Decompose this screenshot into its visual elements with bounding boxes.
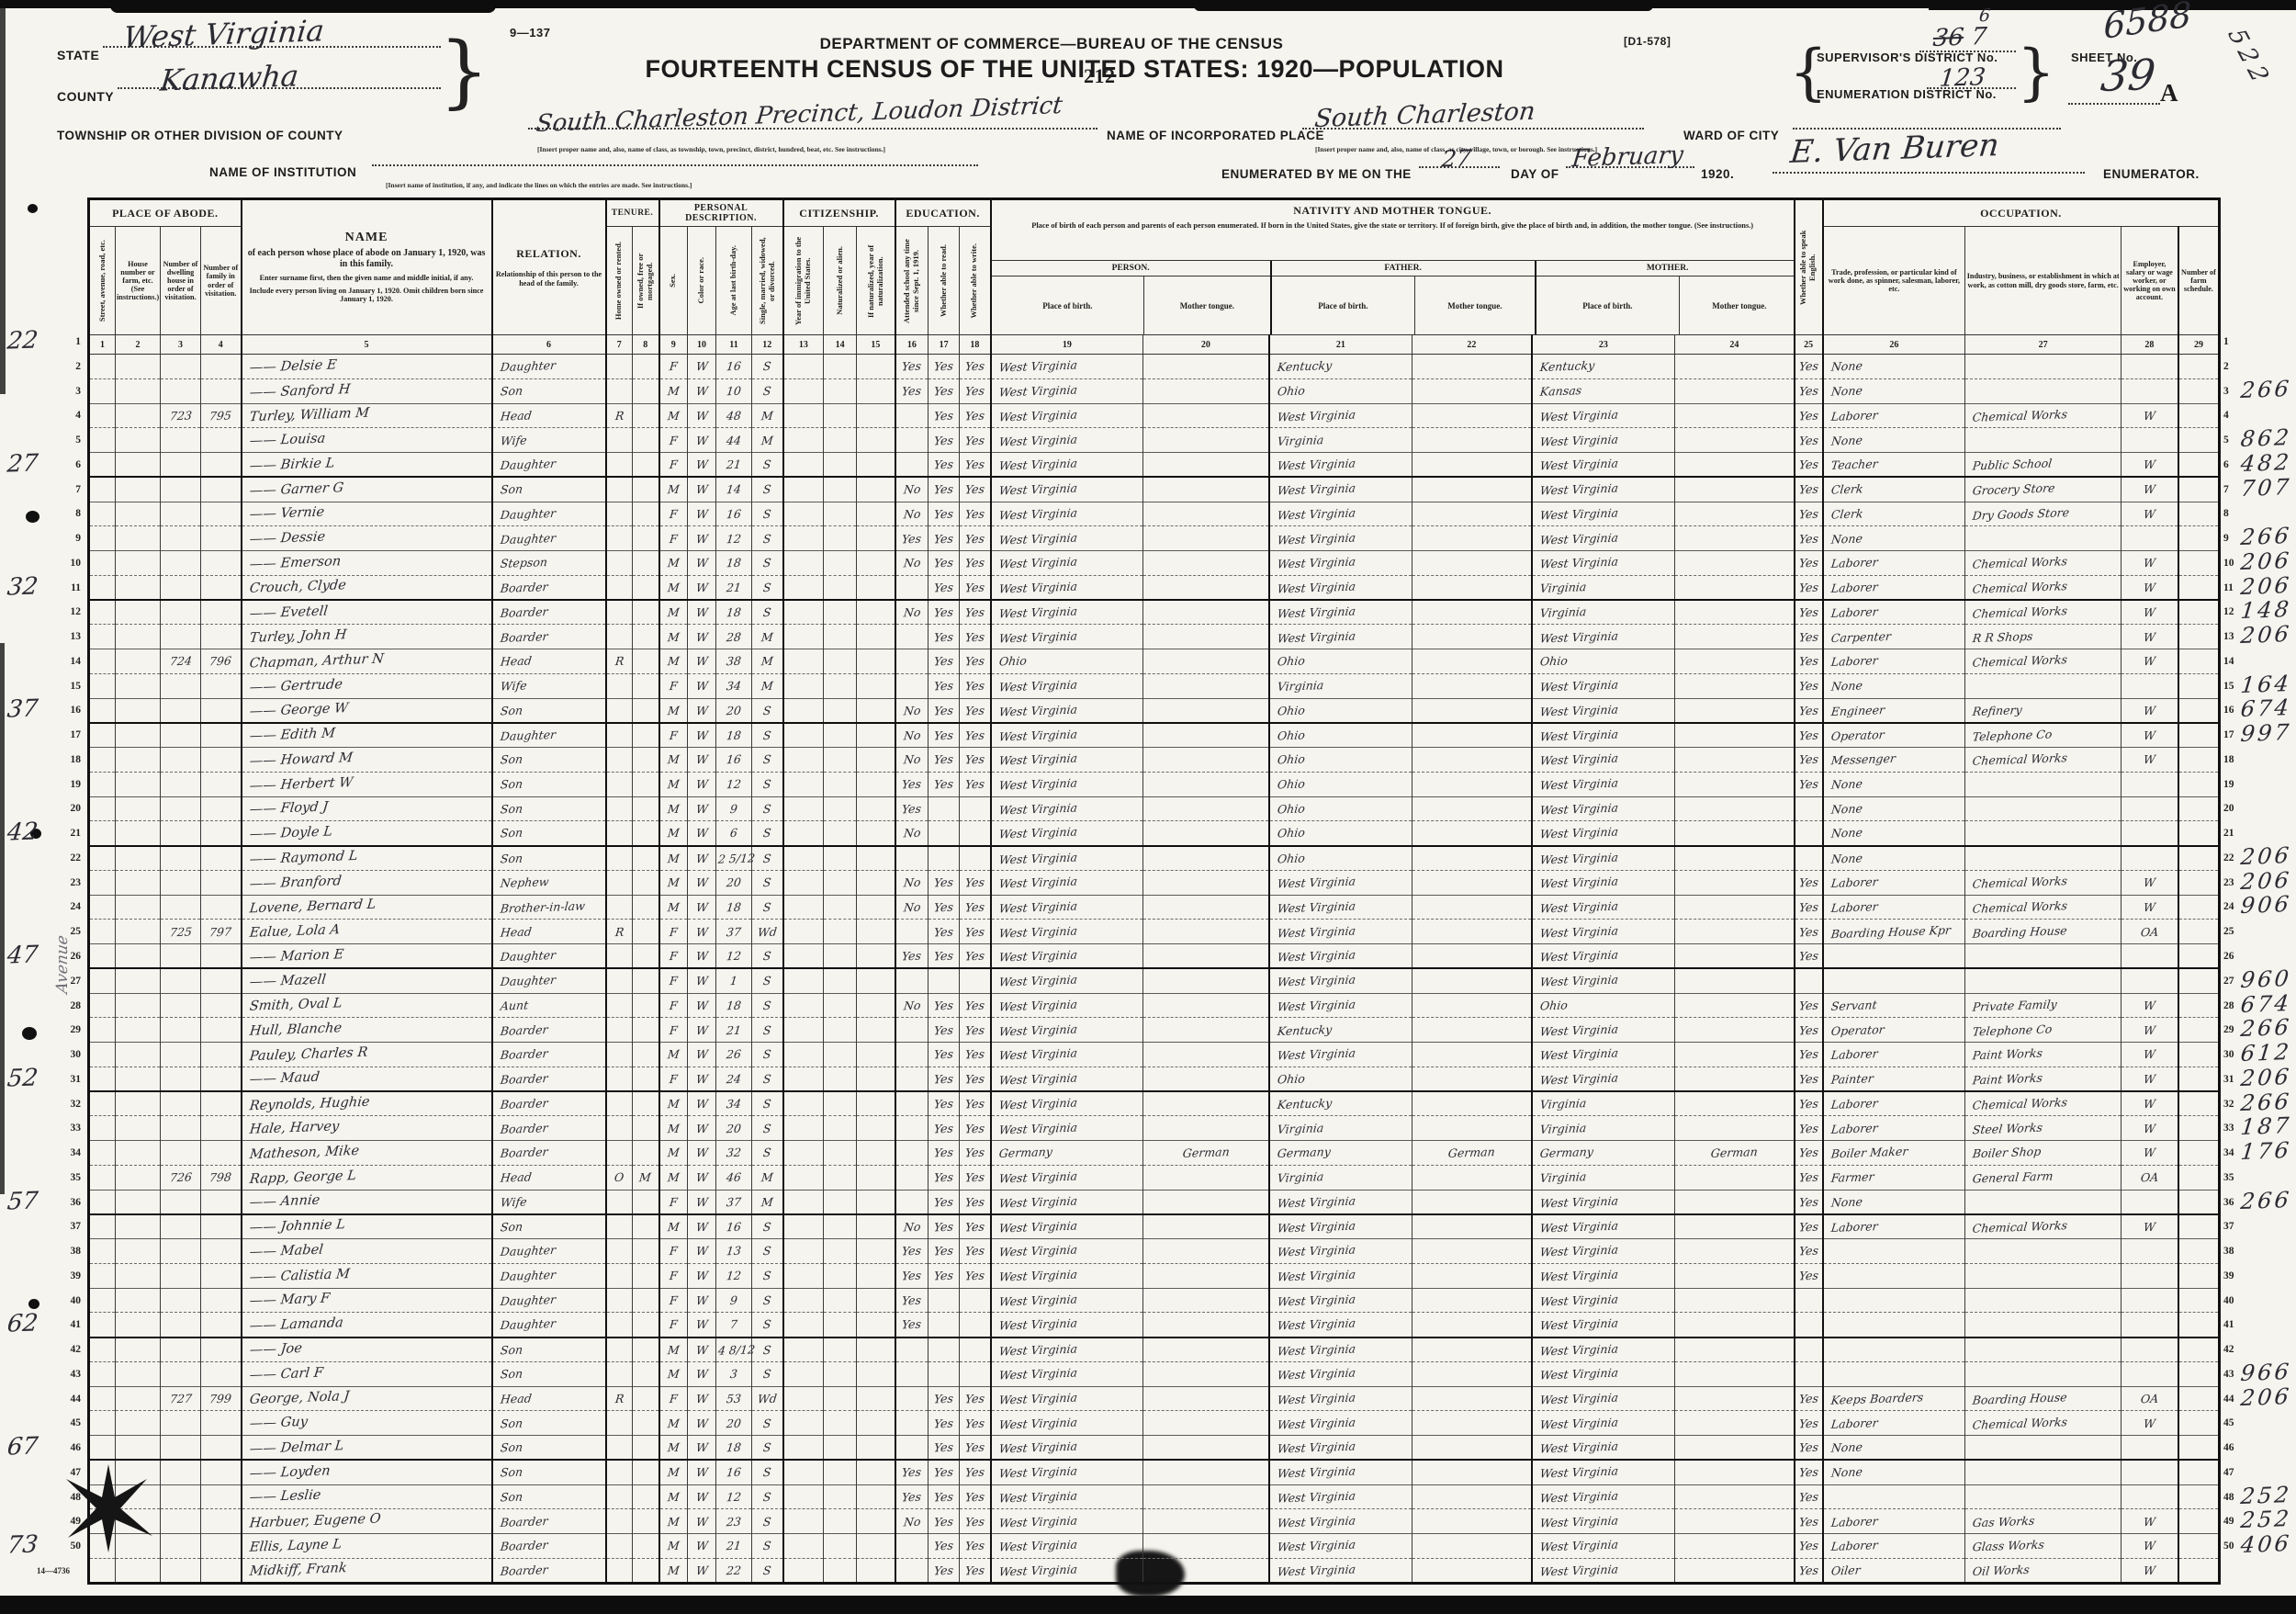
cell-naturalized [824, 1141, 857, 1166]
cell-name: —— Johnnie L [242, 1214, 492, 1239]
cell-industry: Chemical Works [1965, 748, 2122, 773]
cell-marital: S [752, 944, 783, 969]
line-number-left: 32 [50, 1099, 81, 1110]
township-label: TOWNSHIP OR OTHER DIVISION OF COUNTY [57, 129, 343, 142]
cell-tongue_father [1412, 625, 1532, 649]
cell-dwelling [161, 551, 201, 576]
cell-tongue_mother [1675, 1337, 1795, 1362]
cell-immigration [783, 625, 824, 649]
cell-tongue_mother [1675, 968, 1795, 993]
cell-sex: F [659, 1067, 688, 1091]
cell-owned [606, 625, 633, 649]
cell-street [89, 821, 116, 846]
table-row: —— Calistia MDaughterFW12SYesYesYesWest … [89, 1263, 2220, 1288]
cell-immigration [783, 821, 824, 846]
cell-trade: None [1823, 526, 1965, 551]
cell-house [116, 846, 161, 871]
cell-mortgaged [633, 453, 659, 478]
cell-pob: West Virginia [991, 453, 1143, 478]
cell-pob: West Virginia [991, 1067, 1143, 1091]
cell-sex: M [659, 748, 688, 773]
cell-industry: Chemical Works [1965, 575, 2122, 600]
cell-read: Yes [929, 575, 960, 600]
cell-immigration [783, 378, 824, 403]
cell-write [960, 968, 991, 993]
cell-nat_year [857, 1190, 895, 1214]
cell-school [895, 1558, 929, 1583]
cell-school [895, 1386, 929, 1411]
cell-color: W [688, 477, 716, 502]
cell-naturalized [824, 1313, 857, 1337]
cell-naturalized [824, 428, 857, 453]
cell-age: 37 [716, 920, 752, 944]
cell-industry [1965, 1484, 2122, 1509]
cell-owned [606, 748, 633, 773]
cell-street [89, 625, 116, 649]
census-sheet-scan: STATE West Virginia COUNTY Kanawha } 9—1… [0, 0, 2296, 1614]
cell-street [89, 796, 116, 821]
cell-relation: Brother-in-law [492, 895, 606, 920]
cell-house [116, 870, 161, 895]
cell-school: No [895, 993, 929, 1018]
cell-color: W [688, 453, 716, 478]
cell-tongue_father [1412, 1239, 1532, 1264]
cell-owned [606, 1313, 633, 1337]
table-row: —— VernieDaughterFW16SNoYesYesWest Virgi… [89, 502, 2220, 526]
cell-trade: Carpenter [1823, 625, 1965, 649]
cell-naturalized [824, 673, 857, 698]
cell-marital: S [752, 1018, 783, 1043]
header-employer: Employer, salary or wage worker, or work… [2122, 227, 2178, 335]
cell-age: 12 [716, 944, 752, 969]
table-row: —— DessieDaughterFW12SYesYesYesWest Virg… [89, 526, 2220, 551]
cell-naturalized [824, 355, 857, 379]
cell-family [201, 796, 242, 821]
right-margin-figure: 252 [2239, 1482, 2292, 1509]
cell-english: Yes [1795, 698, 1823, 723]
cell-immigration [783, 477, 824, 502]
cell-english: Yes [1795, 993, 1823, 1018]
cell-employer [2122, 1484, 2178, 1509]
cell-mortgaged [633, 748, 659, 773]
cell-owned: R [606, 920, 633, 944]
line-number-left: 9 [50, 533, 81, 544]
cell-mortgaged [633, 649, 659, 674]
table-row: —— LouisaWifeFW44MYesYesWest VirginiaVir… [89, 428, 2220, 453]
cell-sex: M [659, 1214, 688, 1239]
cell-mortgaged [633, 895, 659, 920]
cell-read: Yes [929, 993, 960, 1018]
cell-color: W [688, 1214, 716, 1239]
cell-write [960, 1361, 991, 1386]
cell-read: Yes [929, 551, 960, 576]
enumeration-month-handwritten: February [1570, 141, 1684, 173]
cell-english: Yes [1795, 600, 1823, 625]
cell-house [116, 1165, 161, 1190]
cell-age: 14 [716, 477, 752, 502]
cell-marital: S [752, 870, 783, 895]
header-house-number: House number or farm, etc. (See instruct… [116, 227, 161, 335]
line-number-left: 39 [50, 1270, 81, 1281]
cell-pob_father: Kentucky [1269, 355, 1412, 379]
cell-name: —— Evetell [242, 600, 492, 625]
cell-employer: W [2122, 870, 2178, 895]
cell-nat_year [857, 1165, 895, 1190]
cell-nat_year [857, 378, 895, 403]
cell-street [89, 1263, 116, 1288]
cell-dwelling [161, 821, 201, 846]
header-naturalization-year: If naturalized, year of naturalization. [857, 227, 895, 335]
cell-nat_year [857, 600, 895, 625]
cell-mortgaged [633, 920, 659, 944]
cell-employer [2122, 1436, 2178, 1461]
cell-write: Yes [960, 1460, 991, 1484]
cell-age: 3 [716, 1361, 752, 1386]
cell-pob_mother: West Virginia [1532, 477, 1675, 502]
cell-immigration [783, 968, 824, 993]
cell-relation: Daughter [492, 355, 606, 379]
cell-tongue_mother [1675, 895, 1795, 920]
cell-street [89, 477, 116, 502]
cell-naturalized [824, 1288, 857, 1313]
cell-name: —— Marion E [242, 944, 492, 969]
cell-sex: M [659, 1091, 688, 1116]
cell-pob_father: West Virginia [1269, 575, 1412, 600]
cell-industry: Chemical Works [1965, 600, 2122, 625]
cell-street [89, 846, 116, 871]
cell-mortgaged [633, 551, 659, 576]
header-family-number: Number of family in order of visitation. [201, 227, 242, 335]
cell-family: 797 [201, 920, 242, 944]
cell-color: W [688, 575, 716, 600]
cell-sex: M [659, 1558, 688, 1583]
cell-employer: OA [2122, 1165, 2178, 1190]
column-number: 6 [492, 335, 606, 355]
cell-sex: M [659, 378, 688, 403]
cell-tongue [1143, 968, 1269, 993]
cell-nat_year [857, 1239, 895, 1264]
cell-family [201, 477, 242, 502]
cell-farm [2178, 920, 2220, 944]
table-row: —— LeslieSonMW12SYesYesYesWest VirginiaW… [89, 1484, 2220, 1509]
cell-family [201, 1091, 242, 1116]
cell-farm [2178, 1288, 2220, 1313]
cell-pob: West Virginia [991, 944, 1143, 969]
cell-write: Yes [960, 920, 991, 944]
cell-english: Yes [1795, 625, 1823, 649]
cell-farm [2178, 1484, 2220, 1509]
cell-school: No [895, 1509, 929, 1534]
cell-english: Yes [1795, 1386, 1823, 1411]
cell-dwelling: 724 [161, 649, 201, 674]
cell-write: Yes [960, 723, 991, 748]
cell-write: Yes [960, 355, 991, 379]
cell-tongue: German [1143, 1141, 1269, 1166]
cell-employer: W [2122, 477, 2178, 502]
cell-farm [2178, 403, 2220, 428]
cell-owned [606, 968, 633, 993]
right-margin-figure: 612 [2239, 1039, 2292, 1067]
cell-naturalized [824, 1043, 857, 1067]
table-row: —— MabelDaughterFW13SYesYesYesWest Virgi… [89, 1239, 2220, 1264]
cell-sex: F [659, 1263, 688, 1288]
cell-tongue_mother [1675, 1190, 1795, 1214]
cell-house [116, 1141, 161, 1166]
cell-color: W [688, 1263, 716, 1288]
cell-tongue_mother [1675, 1263, 1795, 1288]
cell-nat_year [857, 698, 895, 723]
cell-dwelling: 726 [161, 1165, 201, 1190]
cell-color: W [688, 1509, 716, 1534]
cell-farm [2178, 1386, 2220, 1411]
cell-naturalized [824, 944, 857, 969]
cell-read [929, 796, 960, 821]
cell-farm [2178, 870, 2220, 895]
cell-naturalized [824, 600, 857, 625]
cell-name: —— Herbert W [242, 772, 492, 796]
cell-tongue_mother [1675, 649, 1795, 674]
cell-write [960, 1288, 991, 1313]
cell-tongue_mother [1675, 821, 1795, 846]
cell-industry: Chemical Works [1965, 1214, 2122, 1239]
cell-relation: Son [492, 1214, 606, 1239]
cell-employer [2122, 1337, 2178, 1362]
cell-sex: M [659, 870, 688, 895]
line-number-right: 20 [2223, 803, 2247, 814]
cell-tongue [1143, 428, 1269, 453]
cell-tongue_mother [1675, 575, 1795, 600]
cell-street [89, 673, 116, 698]
cell-tongue [1143, 1165, 1269, 1190]
cell-employer [2122, 968, 2178, 993]
cell-pob_father: West Virginia [1269, 1288, 1412, 1313]
cell-tongue_mother [1675, 1313, 1795, 1337]
cell-family [201, 1534, 242, 1559]
cell-sex: M [659, 649, 688, 674]
cell-pob_mother: West Virginia [1532, 428, 1675, 453]
cell-farm [2178, 1534, 2220, 1559]
cell-marital: M [752, 1165, 783, 1190]
right-margin-figure: 206 [2239, 572, 2292, 600]
cell-house [116, 1043, 161, 1067]
cell-employer: W [2122, 1558, 2178, 1583]
cell-industry [1965, 526, 2122, 551]
column-number: 21 [1269, 335, 1412, 355]
cell-tongue [1143, 1239, 1269, 1264]
line-number-right: 45 [2223, 1417, 2247, 1428]
supervisor-district-label: SUPERVISOR'S DISTRICT No. [1817, 51, 1998, 64]
cell-english: Yes [1795, 1141, 1823, 1166]
cell-write [960, 1337, 991, 1362]
cell-pob_mother: West Virginia [1532, 1239, 1675, 1264]
cell-house [116, 502, 161, 526]
header-speaks-english: Whether able to speak English. [1795, 199, 1823, 335]
cell-mortgaged [633, 378, 659, 403]
cell-naturalized [824, 1509, 857, 1534]
cell-trade: None [1823, 673, 1965, 698]
table-row: Smith, Oval LAuntFW18SNoYesYesWest Virgi… [89, 993, 2220, 1018]
cell-family [201, 575, 242, 600]
line-number-left: 29 [50, 1024, 81, 1035]
line-number-right: 19 [2223, 779, 2247, 790]
institution-label: NAME OF INSTITUTION [209, 165, 356, 179]
cell-marital: S [752, 1067, 783, 1091]
table-row: —— MazellDaughterFW1SWest VirginiaWest V… [89, 968, 2220, 993]
cell-pob: West Virginia [991, 920, 1143, 944]
cell-read: Yes [929, 1067, 960, 1091]
cell-pob_mother: West Virginia [1532, 796, 1675, 821]
cell-tongue [1143, 502, 1269, 526]
cell-color: W [688, 1141, 716, 1166]
left-margin-figure: 67 [6, 1433, 39, 1462]
cell-pob: West Virginia [991, 1460, 1143, 1484]
cell-trade: None [1823, 428, 1965, 453]
cell-mortgaged [633, 575, 659, 600]
cell-house [116, 526, 161, 551]
line-number-left: 12 [50, 606, 81, 617]
header-trade: Trade, profession, or particular kind of… [1823, 227, 1965, 335]
cell-nat_year [857, 870, 895, 895]
cell-owned [606, 993, 633, 1018]
line-number-left: 14 [50, 656, 81, 667]
cell-pob: West Virginia [991, 1116, 1143, 1141]
cell-immigration [783, 1165, 824, 1190]
cell-dwelling [161, 1509, 201, 1534]
cell-employer: W [2122, 1018, 2178, 1043]
cell-tongue_father [1412, 649, 1532, 674]
line-number-right: 41 [2223, 1319, 2247, 1330]
cell-industry: Chemical Works [1965, 1091, 2122, 1116]
cell-pob_father: West Virginia [1269, 1337, 1412, 1362]
cell-tongue_mother [1675, 1091, 1795, 1116]
header-immigration-year: Year of immigration to the United States… [783, 227, 824, 335]
header-industry: Industry, business, or establishment in … [1965, 227, 2122, 335]
cell-immigration [783, 1337, 824, 1362]
cell-mortgaged [633, 1436, 659, 1461]
cell-tongue [1143, 575, 1269, 600]
line-number-right: 40 [2223, 1295, 2247, 1306]
cell-tongue_father [1412, 1018, 1532, 1043]
cell-naturalized [824, 477, 857, 502]
cell-pob: West Virginia [991, 625, 1143, 649]
cell-school [895, 649, 929, 674]
cell-tongue_father [1412, 477, 1532, 502]
cell-relation: Boarder [492, 600, 606, 625]
cell-school: Yes [895, 1484, 929, 1509]
right-margin-figure: 206 [2239, 621, 2292, 649]
cell-tongue_mother [1675, 403, 1795, 428]
header-attended-school: Attended school any time since Sept. 1, … [895, 227, 929, 335]
cell-immigration [783, 1214, 824, 1239]
cell-name: Lovene, Bernard L [242, 895, 492, 920]
header-mother-tongue: Mother tongue. [1679, 277, 1795, 334]
cell-street [89, 1214, 116, 1239]
cell-write: Yes [960, 772, 991, 796]
form-number: 9—137 [510, 26, 550, 40]
line-number-left: 41 [50, 1319, 81, 1330]
cell-pob_father: Virginia [1269, 1165, 1412, 1190]
cell-mortgaged [633, 403, 659, 428]
line-number-right: 14 [2223, 656, 2247, 667]
cell-immigration [783, 920, 824, 944]
census-title: FOURTEENTH CENSUS OF THE UNITED STATES: … [634, 55, 1515, 84]
right-margin-figure: 997 [2239, 719, 2292, 747]
cell-street [89, 1067, 116, 1091]
line-number-right: 21 [2223, 828, 2247, 839]
corner-number-handwritten: 6588 [2103, 0, 2191, 47]
cell-nat_year [857, 575, 895, 600]
left-margin-figure: 37 [6, 695, 39, 724]
cell-name: Smith, Oval L [242, 993, 492, 1018]
line-number-right: 47 [2223, 1467, 2247, 1478]
column-number: 28 [2122, 335, 2178, 355]
cell-pob_father: Ohio [1269, 378, 1412, 403]
table-row: Harbuer, Eugene OBoarderMW23SNoYesYesWes… [89, 1509, 2220, 1534]
cell-sex: F [659, 968, 688, 993]
cell-school: Yes [895, 796, 929, 821]
cell-pob: West Virginia [991, 993, 1143, 1018]
cell-naturalized [824, 1361, 857, 1386]
cell-trade: Keeps Boarders [1823, 1386, 1965, 1411]
cell-employer: W [2122, 1509, 2178, 1534]
cell-sex: M [659, 772, 688, 796]
cell-naturalized [824, 1460, 857, 1484]
cell-nat_year [857, 1313, 895, 1337]
cell-house [116, 477, 161, 502]
cell-family: 798 [201, 1165, 242, 1190]
cell-english: Yes [1795, 1484, 1823, 1509]
day-of-label: DAY OF [1511, 167, 1559, 181]
cell-name: Ellis, Layne L [242, 1534, 492, 1559]
cell-farm [2178, 453, 2220, 478]
cell-marital: S [752, 575, 783, 600]
cell-tongue [1143, 846, 1269, 871]
cell-pob_mother: Virginia [1532, 1091, 1675, 1116]
cell-pob_mother: Virginia [1532, 575, 1675, 600]
cell-trade: Laborer [1823, 575, 1965, 600]
cell-dwelling [161, 1558, 201, 1583]
cell-relation: Daughter [492, 1239, 606, 1264]
cell-industry: Chemical Works [1965, 895, 2122, 920]
cell-immigration [783, 428, 824, 453]
cell-house [116, 698, 161, 723]
cell-immigration [783, 1558, 824, 1583]
cell-nat_year [857, 1263, 895, 1288]
cell-dwelling [161, 625, 201, 649]
cell-english: Yes [1795, 1263, 1823, 1288]
cell-school [895, 1116, 929, 1141]
cell-house [116, 796, 161, 821]
enumeration-day-handwritten: 27 [1440, 144, 1472, 172]
cell-owned [606, 575, 633, 600]
cell-mortgaged [633, 821, 659, 846]
cell-pob_father: Ohio [1269, 649, 1412, 674]
cell-color: W [688, 502, 716, 526]
cell-owned [606, 477, 633, 502]
cell-family [201, 1484, 242, 1509]
line-number-right: 39 [2223, 1270, 2247, 1281]
cell-naturalized [824, 1165, 857, 1190]
cell-tongue_father [1412, 355, 1532, 379]
line-number-left: 46 [50, 1442, 81, 1453]
cell-farm [2178, 1067, 2220, 1091]
cell-marital: M [752, 625, 783, 649]
right-margin-figure: 148 [2239, 596, 2292, 624]
cell-naturalized [824, 1534, 857, 1559]
cell-family [201, 1043, 242, 1067]
cell-owned [606, 1558, 633, 1583]
cell-owned [606, 453, 633, 478]
